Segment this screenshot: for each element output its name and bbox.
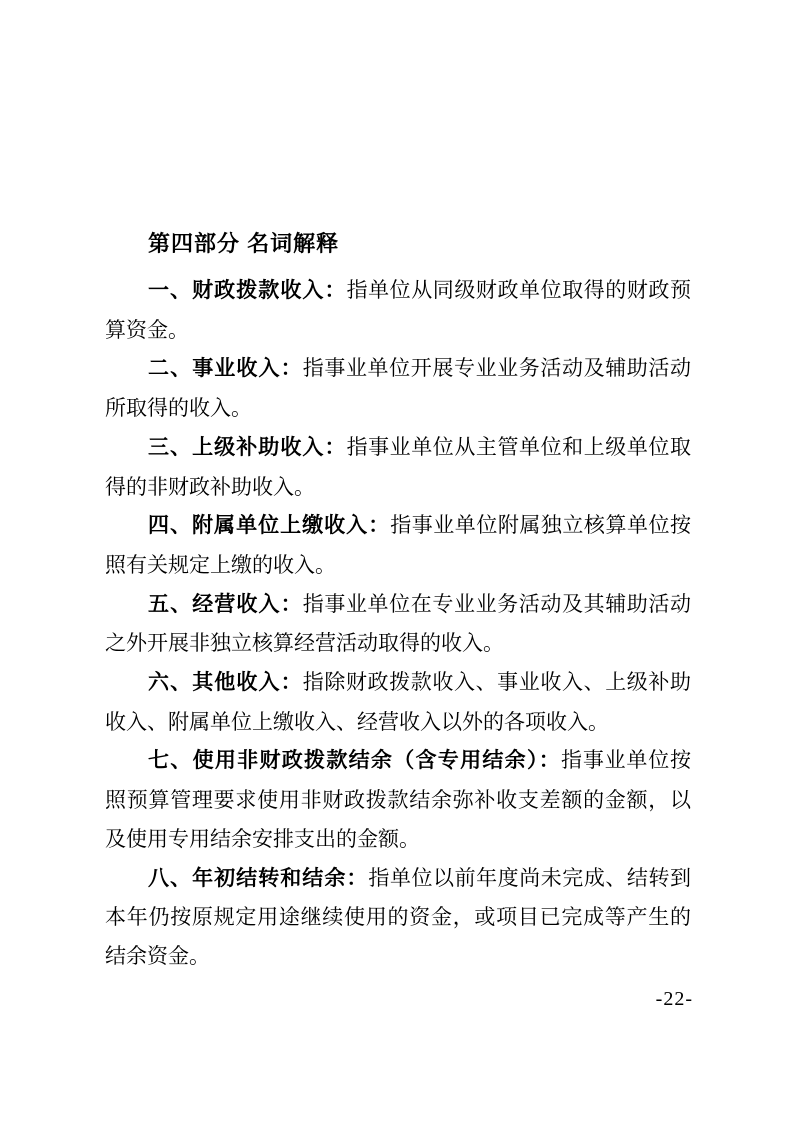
glossary-item: 八、年初结转和结余：指单位以前年度尚未完成、结转到本年仍按原规定用途继续使用的资…	[105, 859, 691, 976]
page-number: -22-	[656, 988, 693, 1011]
document-page: 第四部分 名词解释 一、财政拨款收入：指单位从同级财政单位取得的财政预算资金。 …	[0, 0, 793, 1122]
term-label: 八、年初结转和结余：	[148, 867, 368, 890]
term-label: 七、使用非财政拨款结余（含专用结余）：	[148, 749, 561, 772]
glossary-item: 五、经营收入：指事业单位在专业业务活动及其辅助活动之外开展非独立核算经营活动取得…	[105, 585, 691, 663]
section-title: 第四部分 名词解释	[105, 224, 691, 264]
document-content: 第四部分 名词解释 一、财政拨款收入：指单位从同级财政单位取得的财政预算资金。 …	[105, 224, 691, 976]
glossary-item: 四、附属单位上缴收入：指事业单位附属独立核算单位按照有关规定上缴的收入。	[105, 506, 691, 584]
glossary-item: 一、财政拨款收入：指单位从同级财政单位取得的财政预算资金。	[105, 271, 691, 349]
glossary-item: 六、其他收入：指除财政拨款收入、事业收入、上级补助收入、附属单位上缴收入、经营收…	[105, 663, 691, 741]
term-label: 四、附属单位上缴收入：	[148, 514, 390, 537]
glossary-item: 三、上级补助收入：指事业单位从主管单位和上级单位取得的非财政补助收入。	[105, 428, 691, 506]
term-label: 三、上级补助收入：	[148, 436, 347, 459]
term-label: 六、其他收入：	[148, 671, 303, 694]
term-label: 一、财政拨款收入：	[148, 279, 347, 302]
glossary-item: 七、使用非财政拨款结余（含专用结余）：指事业单位按照预算管理要求使用非财政拨款结…	[105, 741, 691, 858]
term-label: 二、事业收入：	[148, 357, 303, 380]
term-label: 五、经营收入：	[148, 593, 303, 616]
glossary-item: 二、事业收入：指事业单位开展专业业务活动及辅助活动所取得的收入。	[105, 349, 691, 427]
